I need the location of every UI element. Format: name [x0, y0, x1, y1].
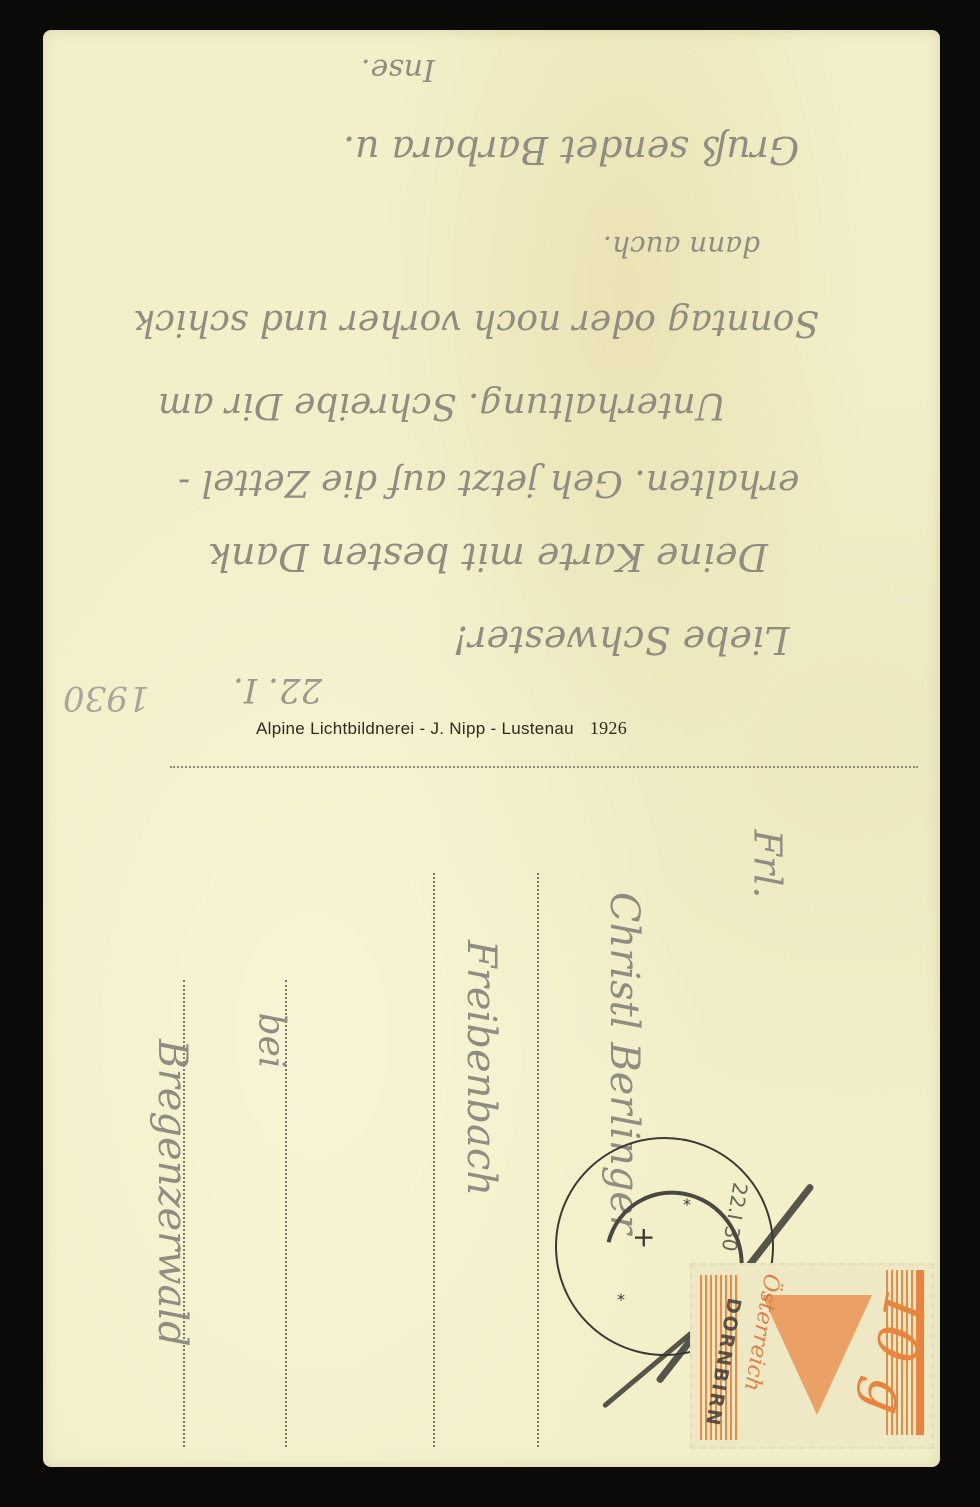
postcard: Inse. Gruß sendet Barbara u. dann auch. … [43, 30, 940, 1467]
address-line-1 [537, 873, 539, 1447]
message-line: erhalten. Geh jetzt auf die Zettel - [178, 462, 799, 503]
address-title: Frl. [745, 830, 789, 899]
cross-icon: + [632, 1222, 655, 1255]
publisher-name: Alpine Lichtbildnerei - J. Nipp - Lusten… [256, 719, 574, 738]
message-line: dann auch. [603, 230, 760, 263]
publisher-year: 1926 [590, 718, 627, 738]
handwritten-year-note: 1930 [63, 678, 150, 718]
message-line-salutation: Liebe Schwester! [453, 618, 789, 662]
divider-line [170, 766, 918, 768]
publisher-imprint: Alpine Lichtbildnerei - J. Nipp - Lusten… [256, 718, 627, 739]
message-line: Sonntag oder noch vorher und schick [133, 302, 819, 343]
address-bei: bei [250, 1013, 291, 1069]
address-line-2 [433, 873, 435, 1447]
message-line: Deine Karte mit besten Dank [208, 535, 768, 579]
star-icon: * [683, 1195, 691, 1214]
message-line: Gruß sendet Barbara u. [343, 128, 799, 172]
address-place: Freibenbach [458, 940, 504, 1196]
star-icon: * [617, 1290, 625, 1309]
message-line-signature: Inse. [361, 52, 435, 87]
handwritten-date: 22. I. [233, 670, 322, 710]
message-line: Unterhaltung. Schreibe Dir am [158, 385, 726, 426]
address-region: Bregenzerwald [149, 1039, 195, 1347]
